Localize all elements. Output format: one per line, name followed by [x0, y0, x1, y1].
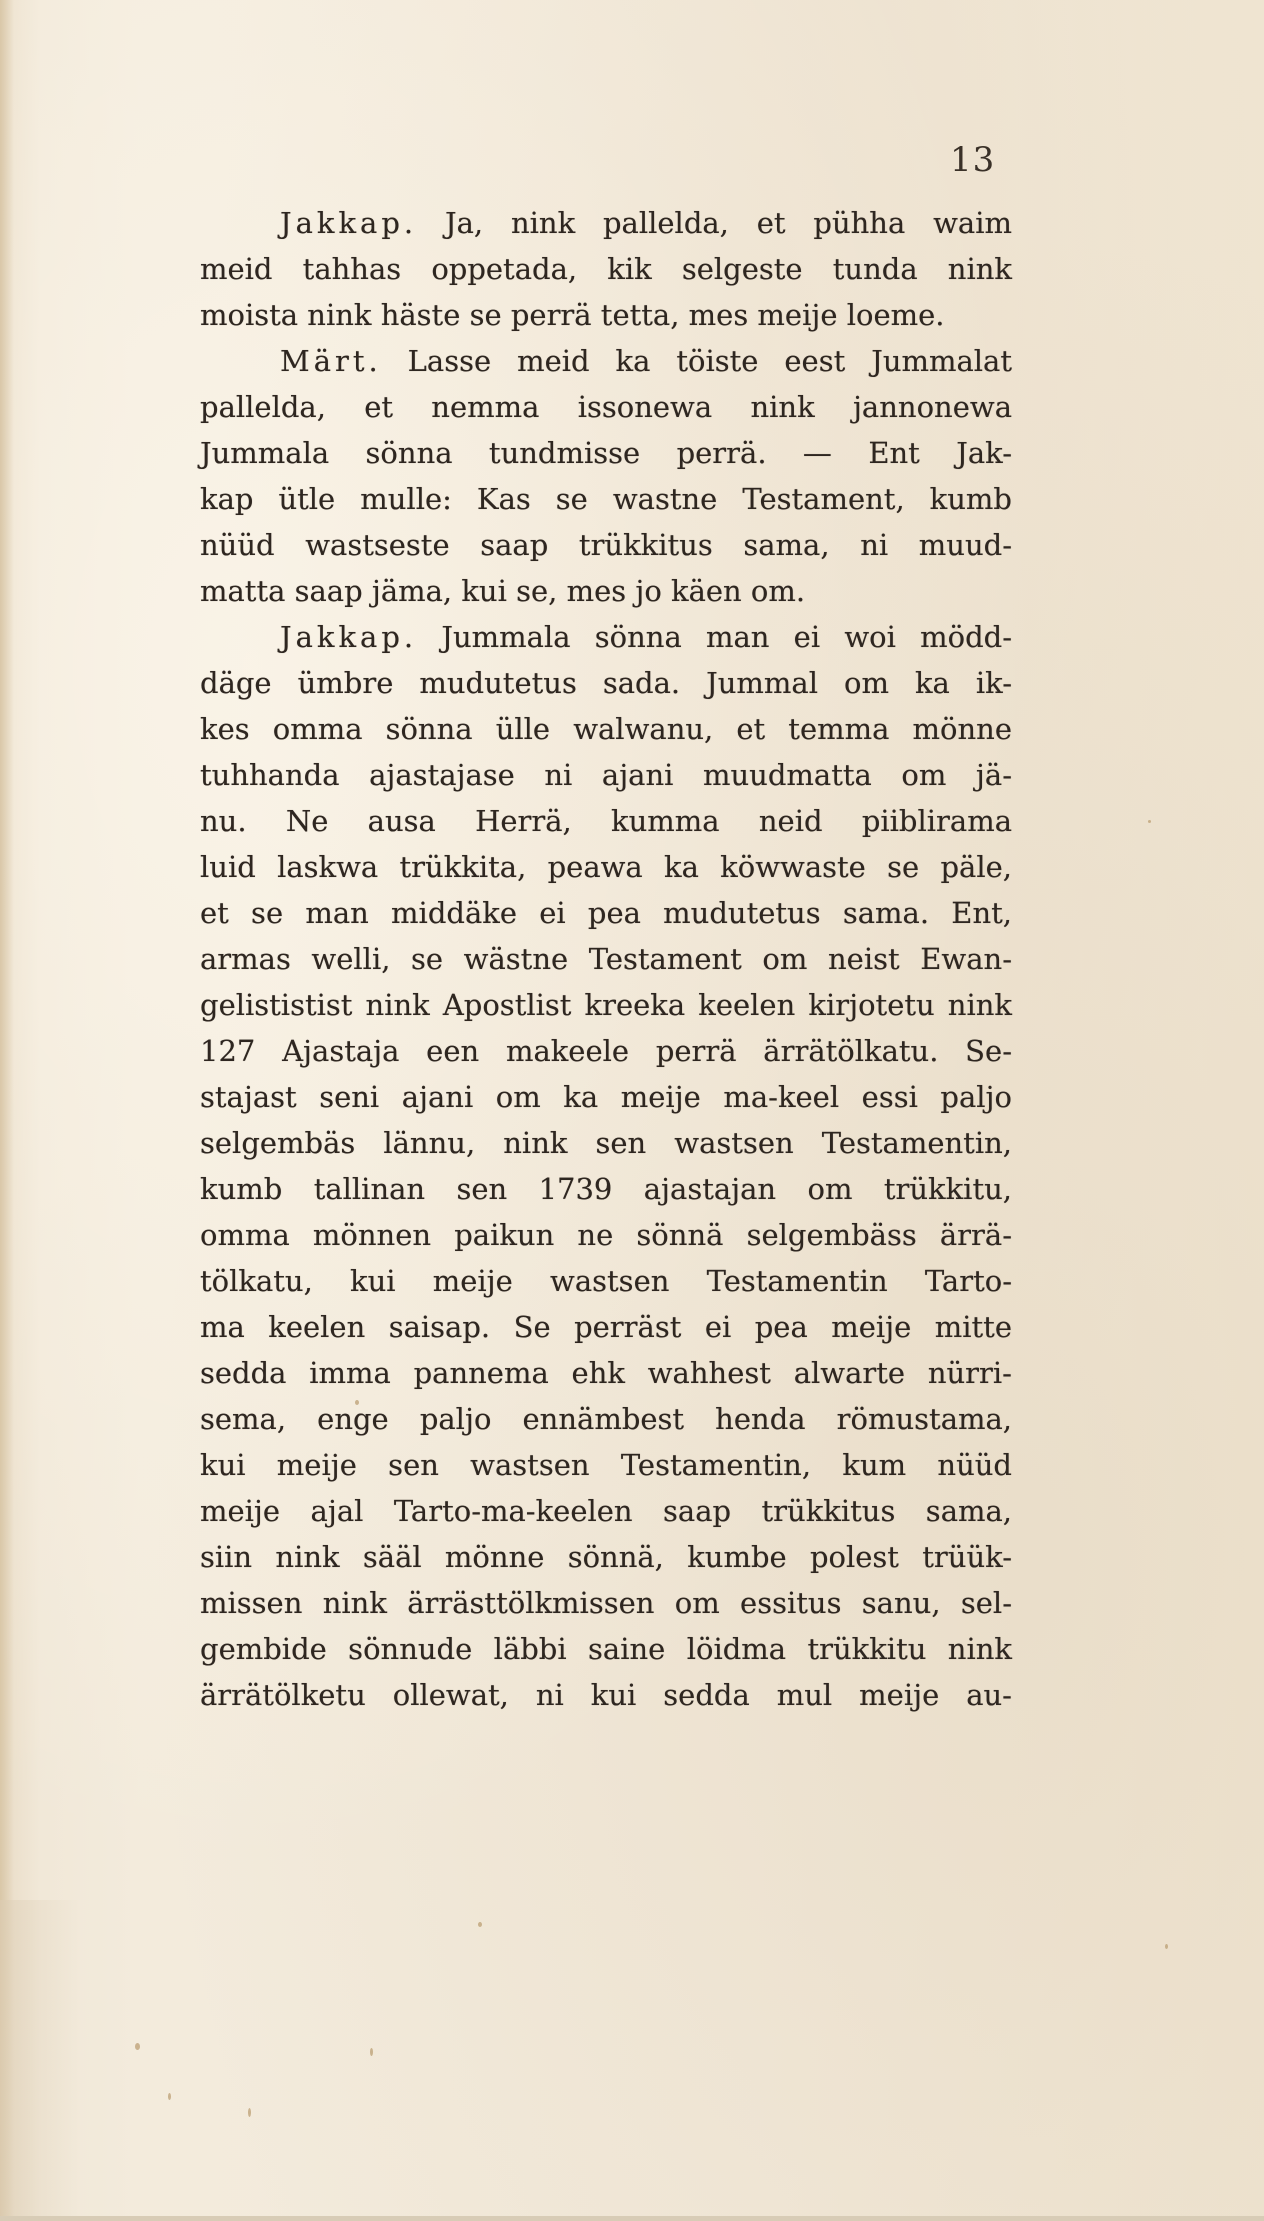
text-line: Jummala sönna tundmisse perrä. — Ent Jak…: [120, 430, 1012, 476]
text-line: ärrätölketu ollewat, ni kui sedda mul me…: [120, 1672, 1012, 1718]
page-fold-shadow: [0, 1900, 80, 2221]
text-line: nu. Ne ausa Herrä, kumma neid piiblirama: [120, 798, 1012, 844]
text-line: luid laskwa trükkita, peawa ka köwwaste …: [120, 844, 1012, 890]
text-line: missen nink ärrästtölkmissen om essitus …: [120, 1580, 1012, 1626]
text-line: gembide sönnude läbbi saine löidma trükk…: [120, 1626, 1012, 1672]
text-line: armas welli, se wästne Testament om neis…: [120, 936, 1012, 982]
text-line: sema, enge paljo ennämbest henda römusta…: [120, 1396, 1012, 1442]
binding-shadow: [0, 0, 14, 2221]
body-text: Jakkap. Ja, nink pallelda, et pühha waim…: [120, 200, 1012, 1718]
text-line: meije ajal Tarto-ma-keelen saap trükkitu…: [120, 1488, 1012, 1534]
text-line: Jakkap. Ja, nink pallelda, et pühha waim: [120, 200, 1012, 246]
text-line: kui meije sen wastsen Testamentin, kum n…: [120, 1442, 1012, 1488]
text-line: meid tahhas oppetada, kik selgeste tunda…: [120, 246, 1012, 292]
paper-speck: [1165, 1944, 1168, 1949]
paper-speck: [135, 2043, 140, 2050]
text-line: moista nink häste se perrä tetta, mes me…: [120, 292, 1012, 338]
dialogue-paragraph: Märt. Lasse meid ka töiste eest Jummalat…: [120, 338, 1012, 614]
text-line: sedda imma pannema ehk wahhest alwarte n…: [120, 1350, 1012, 1396]
text-line: däge ümbre mudutetus sada. Jummal om ka …: [120, 660, 1012, 706]
book-page: 13 Jakkap. Ja, nink pallelda, et pühha w…: [0, 0, 1264, 2221]
paper-speck: [248, 2108, 251, 2117]
text-line: tuhhanda ajastajase ni ajani muudmatta o…: [120, 752, 1012, 798]
paper-speck: [168, 2093, 171, 2100]
page-bottom-edge: [0, 2216, 1264, 2221]
text-line: gelististist nink Apostlist kreeka keele…: [120, 982, 1012, 1028]
text-line: matta saap jäma, kui se, mes jo käen om.: [120, 568, 1012, 614]
text-line: pallelda, et nemma issonewa nink jannone…: [120, 384, 1012, 430]
text-line: omma mönnen paikun ne sönnä selgembäss ä…: [120, 1212, 1012, 1258]
text-line: ma keelen saisap. Se perräst ei pea meij…: [120, 1304, 1012, 1350]
text-line: Märt. Lasse meid ka töiste eest Jummalat: [120, 338, 1012, 384]
text-line: et se man middäke ei pea mudutetus sama.…: [120, 890, 1012, 936]
paper-speck: [1148, 820, 1151, 823]
text-line: Jakkap. Jummala sönna man ei woi mödd-: [120, 614, 1012, 660]
speaker-name: Märt.: [280, 344, 382, 378]
dialogue-paragraph: Jakkap. Ja, nink pallelda, et pühha waim…: [120, 200, 1012, 338]
text-line: siin nink sääl mönne sönnä, kumbe polest…: [120, 1534, 1012, 1580]
speaker-name: Jakkap.: [280, 206, 417, 240]
text-line: selgembäs lännu, nink sen wastsen Testam…: [120, 1120, 1012, 1166]
page-number: 13: [950, 140, 995, 180]
text-line: kumb tallinan sen 1739 ajastajan om trük…: [120, 1166, 1012, 1212]
text-line: tölkatu, kui meije wastsen Testamentin T…: [120, 1258, 1012, 1304]
paper-speck: [478, 1922, 482, 1927]
dialogue-paragraph: Jakkap. Jummala sönna man ei woi mödd- d…: [120, 614, 1012, 1718]
text-line: kap ütle mulle: Kas se wastne Testament,…: [120, 476, 1012, 522]
text-line: stajast seni ajani om ka meije ma-keel e…: [120, 1074, 1012, 1120]
text-line: nüüd wastseste saap trükkitus sama, ni m…: [120, 522, 1012, 568]
text-line: kes omma sönna ülle walwanu, et temma mö…: [120, 706, 1012, 752]
text-line: 127 Ajastaja een makeele perrä ärrätölka…: [120, 1028, 1012, 1074]
speaker-name: Jakkap.: [280, 620, 417, 654]
paper-speck: [370, 2048, 373, 2056]
